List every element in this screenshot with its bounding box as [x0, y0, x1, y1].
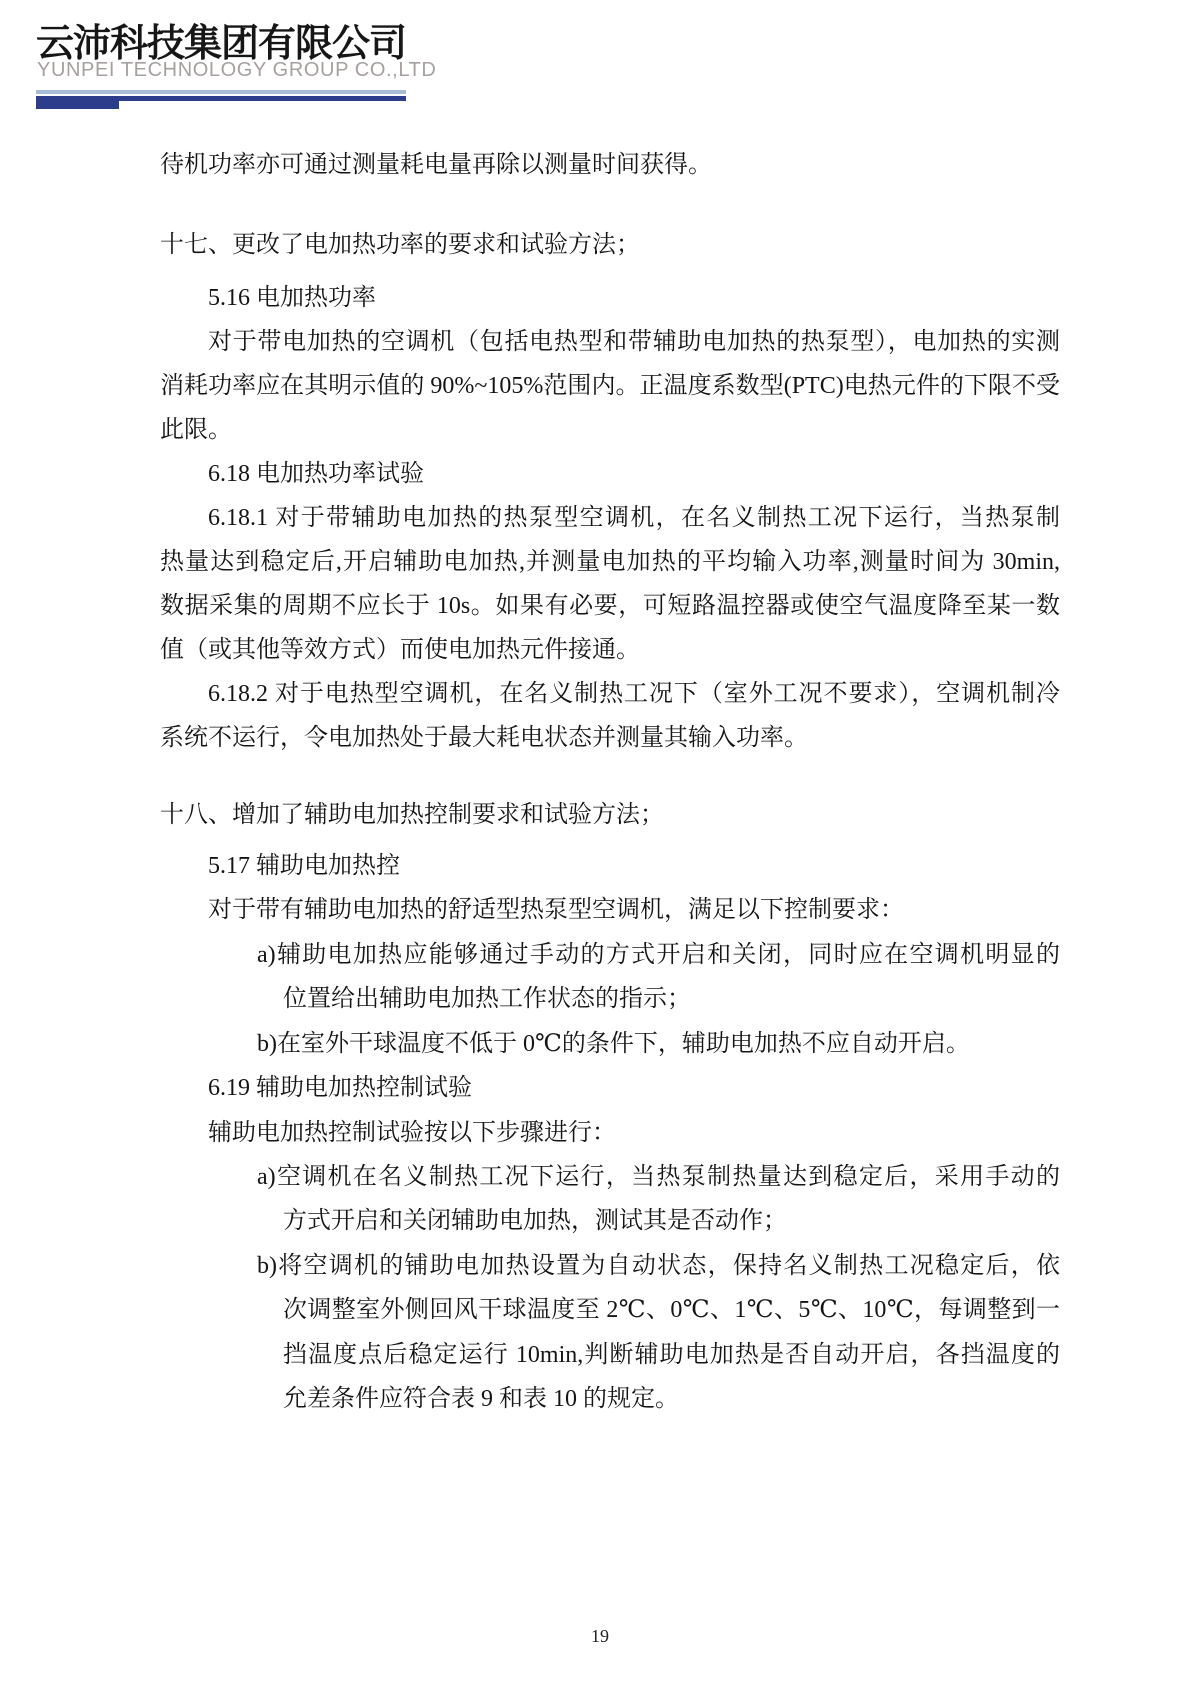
- clause-heading: 5.17 辅助电加热控: [208, 851, 400, 883]
- list-item-line: 方式开启和关闭辅助电加热，测试其是否动作；: [283, 1206, 787, 1238]
- paragraph-line: 值（或其他等效方式）而使电加热元件接通。: [160, 635, 640, 667]
- clause-heading: 6.18 电加热功率试验: [208, 459, 424, 491]
- paragraph-line: 此限。: [160, 415, 232, 447]
- clause-heading: 6.19 辅助电加热控制试验: [208, 1073, 472, 1105]
- header-rule-light: [36, 90, 406, 94]
- list-item-line: b)将空调机的铺助电加热设置为自动状态，保持名义制热工况稳定后，依: [257, 1251, 1060, 1283]
- company-name-en: YUNPEI TECHNOLOGY GROUP CO.,LTD: [37, 59, 436, 82]
- paragraph-line: 对于带有辅助电加热的舒适型热泵型空调机，满足以下控制要求：: [208, 895, 904, 927]
- list-item-line: 挡温度点后稳定运行 10min,判断辅助电加热是否自动开启，各挡温度的: [283, 1340, 1060, 1372]
- list-item-line: b)在室外干球温度不低于 0℃的条件下，辅助电加热不应自动开启。: [257, 1029, 970, 1061]
- section-heading: 十八、增加了辅助电加热控制要求和试验方法；: [160, 800, 664, 832]
- paragraph-line: 消耗功率应在其明示值的 90%~105%范围内。正温度系数型(PTC)电热元件的…: [160, 371, 1060, 403]
- clause-heading: 5.16 电加热功率: [208, 283, 376, 315]
- list-item-line: 位置给出辅助电加热工作状态的指示；: [283, 984, 691, 1016]
- list-item-line: a)空调机在名义制热工况下运行，当热泵制热量达到稳定后，采用手动的: [257, 1162, 1060, 1194]
- section-heading: 十七、更改了电加热功率的要求和试验方法；: [160, 230, 640, 262]
- paragraph-line: 对于带电加热的空调机（包括电热型和带辅助电加热的热泵型），电加热的实测: [208, 327, 1060, 359]
- list-item-line: 允差条件应符合表 9 和表 10 的规定。: [283, 1384, 679, 1416]
- header-rule-accent-block: [36, 96, 119, 109]
- list-item-line: 次调整室外侧回风干球温度至 2℃、0℃、1℃、5℃、10℃，每调整到一: [283, 1295, 1060, 1327]
- list-item-line: a)辅助电加热应能够通过手动的方式开启和关闭，同时应在空调机明显的: [257, 940, 1060, 972]
- paragraph-line: 数据采集的周期不应长于 10s。如果有必要，可短路温控器或使空气温度降至某一数: [160, 591, 1060, 623]
- paragraph-line: 6.18.1 对于带辅助电加热的热泵型空调机，在名义制热工况下运行，当热泵制: [208, 503, 1060, 535]
- page-number: 19: [0, 1626, 1200, 1647]
- paragraph-line: 辅助电加热控制试验按以下步骤进行：: [208, 1118, 616, 1150]
- document-page: 云沛科技集团有限公司 YUNPEI TECHNOLOGY GROUP CO.,L…: [0, 0, 1200, 1697]
- paragraph-line: 6.18.2 对于电热型空调机，在名义制热工况下（室外工况不要求），空调机制冷: [208, 679, 1060, 711]
- paragraph-line: 待机功率亦可通过测量耗电量再除以测量时间获得。: [160, 150, 712, 182]
- paragraph-line: 热量达到稳定后,开启辅助电加热,并测量电加热的平均输入功率,测量时间为 30mi…: [160, 547, 1060, 579]
- paragraph-line: 系统不运行，令电加热处于最大耗电状态并测量其输入功率。: [160, 723, 808, 755]
